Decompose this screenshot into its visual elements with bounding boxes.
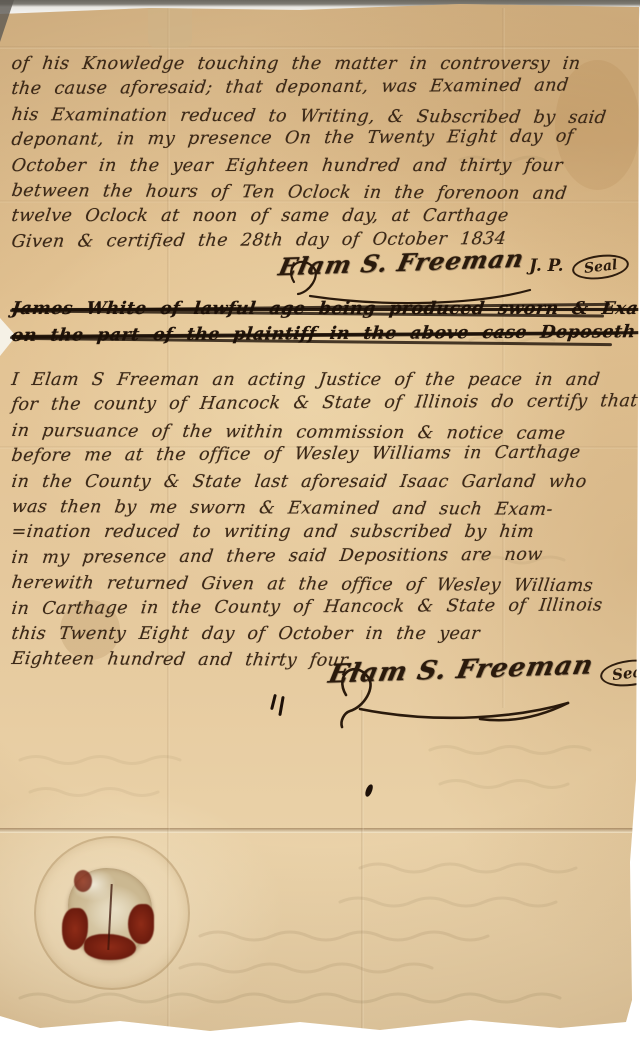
handwriting-line: before me at the office of Wesley Willia… [10,440,635,469]
manuscript-paper: of his Knowledge touching the matter in … [0,0,640,1034]
wax-seal [62,862,158,964]
scanned-document-page: { "document": { "kind": "handwritten man… [0,0,640,1042]
handwriting-line: for the county of Hancock & State of Ill… [10,390,635,419]
certificate1-text: of his Knowledge touching the matter in … [10,52,632,255]
wax-seal-red [84,934,136,960]
handwriting-line: in my presence and there said Deposition… [10,542,635,571]
scanner-corner-shadow [0,0,14,42]
struck-passage: James White of lawful age being produced… [10,296,632,350]
handwriting-line: October in the year Eighteen hundred and… [10,154,635,179]
handwriting-line: in Carthage in the County of Hancock & S… [10,593,635,622]
handwriting-line: in the County & State last aforesaid Isa… [10,470,635,495]
handwriting-line: deponant, in my presence On the Twenty E… [10,124,635,153]
signature-justice-2: Elam S. FreemanSeal [330,655,635,730]
wax-seal-red [74,870,92,892]
handwriting-line: the cause aforesaid; that deponant, was … [10,74,635,103]
handwriting-line: this Twenty Eight day of October in the … [10,622,635,647]
certificate2-text: I Elam S Freeman an acting Justice of th… [10,368,632,673]
wax-seal-red [128,904,154,944]
